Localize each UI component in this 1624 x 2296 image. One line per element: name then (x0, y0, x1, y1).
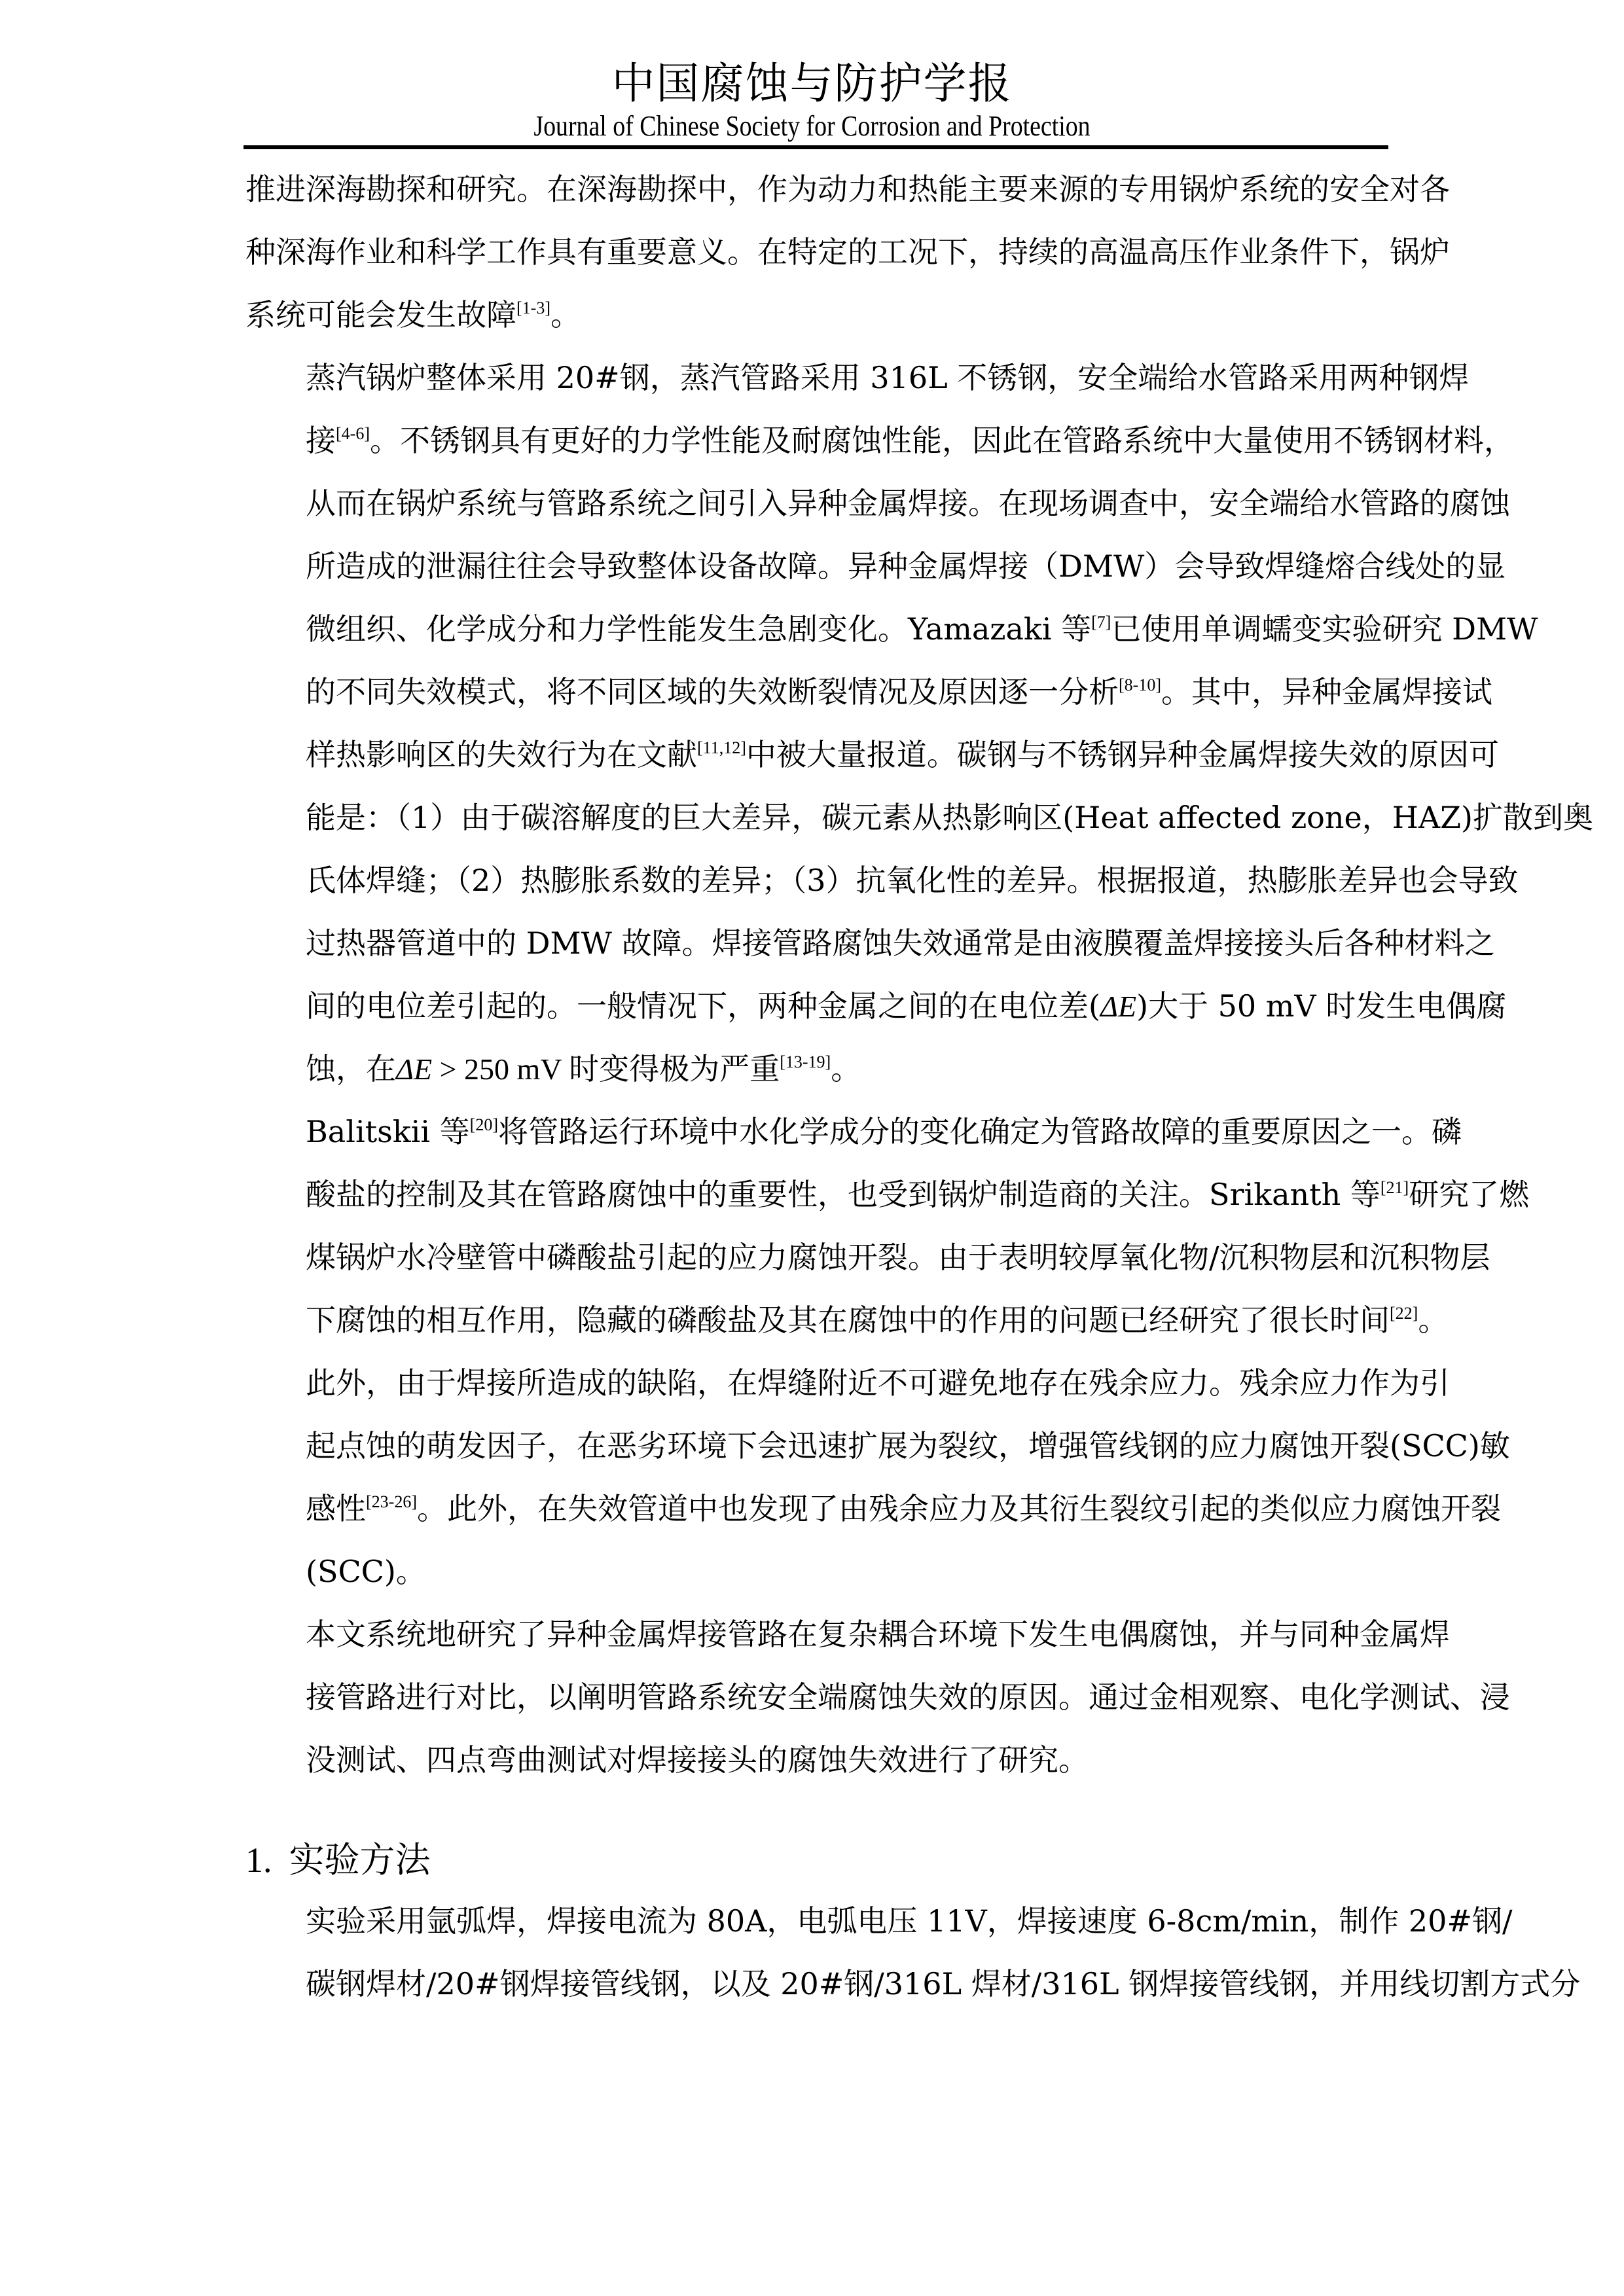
text-run: 。不锈钢具有更好的力学性能及耐腐蚀性能，因此在管路系统中大量使用不锈钢材料， (370, 423, 1514, 458)
citation-4-6[interactable]: [4-6] (336, 424, 370, 443)
header-divider (244, 145, 1388, 149)
citation-20[interactable]: [20] (470, 1115, 498, 1134)
text-line: 能是：（1）由于碳溶解度的巨大差异，碳元素从热影响区(Heat affected… (245, 786, 1388, 849)
text-line: 起点蚀的萌发因子，在恶劣环境下会迅速扩展为裂纹，增强管线钢的应力腐蚀开裂(SCC… (245, 1414, 1388, 1477)
paragraph-2: 蒸汽锅炉整体采用 20#钢，蒸汽管路采用 316L 不锈钢，安全端给水管路采用两… (245, 346, 1388, 1100)
text-line: 样热影响区的失效行为在文献[11,12]中被大量报道。碳钢与不锈钢异种金属焊接失… (245, 723, 1388, 786)
text-line: Balitskii 等[20]将管路运行环境中水化学成分的变化确定为管路故障的重… (245, 1100, 1388, 1163)
text-line: 蒸汽锅炉整体采用 20#钢，蒸汽管路采用 316L 不锈钢，安全端给水管路采用两… (245, 346, 1388, 409)
text-run: 。 (550, 297, 581, 332)
text-run: 微组织、化学成分和力学性能发生急剧变化。Yamazaki 等 (306, 611, 1091, 647)
text-line: 下腐蚀的相互作用，隐藏的磷酸盐及其在腐蚀中的作用的问题已经研究了很长时间[22]… (245, 1289, 1388, 1352)
text-run: 。其中，异种金属焊接试 (1161, 674, 1492, 709)
journal-title-cn: 中国腐蚀与防护学报 (0, 58, 1624, 110)
article-body: 推进深海勘探和研究。在深海勘探中，作为动力和热能主要来源的专用锅炉系统的安全对各… (245, 158, 1388, 2015)
journal-title-en: Journal of Chinese Society for Corrosion… (114, 109, 1511, 144)
text-line: 间的电位差引起的。一般情况下，两种金属之间的在电位差(ΔE)大于 50 mV 时… (245, 975, 1388, 1037)
text-run: 接 (306, 423, 336, 458)
text-run: 。 (831, 1051, 861, 1086)
text-run: 间的电位差引起的。一般情况下，两种金属之间的在电位差( (306, 988, 1100, 1024)
citation-11-12[interactable]: [11,12] (697, 738, 746, 757)
section-heading: 1.实验方法 (245, 1831, 1388, 1890)
text-line: 没测试、四点弯曲测试对焊接接头的腐蚀失效进行了研究。 (245, 1729, 1388, 1791)
paragraph-1: 推进深海勘探和研究。在深海勘探中，作为动力和热能主要来源的专用锅炉系统的安全对各… (245, 158, 1388, 346)
text-line: 过热器管道中的 DMW 故障。焊接管路腐蚀失效通常是由液膜覆盖焊接接头后各种材料… (245, 912, 1388, 975)
text-run: Balitskii 等 (306, 1114, 470, 1149)
text-line: 实验采用氩弧焊，焊接电流为 80A，电弧电压 11V，焊接速度 6-8cm/mi… (245, 1890, 1388, 1952)
text-line: 氏体焊缝；（2）热膨胀系数的差异；（3）抗氧化性的差异。根据报道，热膨胀差异也会… (245, 849, 1388, 912)
text-line: 本文系统地研究了异种金属焊接管路在复杂耦合环境下发生电偶腐蚀，并与同种金属焊 (245, 1603, 1388, 1666)
text-run: 系统可能会发生故障 (245, 297, 516, 332)
text-line: 系统可能会发生故障[1-3]。 (245, 283, 1388, 346)
text-run: 下腐蚀的相互作用，隐藏的磷酸盐及其在腐蚀中的作用的问题已经研究了很长时间 (306, 1302, 1390, 1338)
text-line: 的不同失效模式，将不同区域的失效断裂情况及原因逐一分析[8-10]。其中，异种金… (245, 660, 1388, 723)
citation-1-3[interactable]: [1-3] (516, 298, 550, 317)
text-line: 推进深海勘探和研究。在深海勘探中，作为动力和热能主要来源的专用锅炉系统的安全对各 (245, 158, 1388, 221)
paragraph-4: 此外，由于焊接所造成的缺陷，在焊缝附近不可避免地存在残余应力。残余应力作为引 起… (245, 1352, 1388, 1603)
text-line: 煤锅炉水冷壁管中磷酸盐引起的应力腐蚀开裂。由于表明较厚氧化物/沉积物层和沉积物层 (245, 1226, 1388, 1289)
text-run: 。此外，在失效管道中也发现了由残余应力及其衍生裂纹引起的类似应力腐蚀开裂 (417, 1491, 1501, 1526)
text-line: 酸盐的控制及其在管路腐蚀中的重要性，也受到锅炉制造商的关注。Srikanth 等… (245, 1163, 1388, 1226)
citation-8-10[interactable]: [8-10] (1119, 675, 1161, 694)
text-line: 蚀，在ΔE > 250 mV 时变得极为严重[13-19]。 (245, 1037, 1388, 1100)
text-line: 碳钢焊材/20#钢焊接管线钢，以及 20#钢/316L 焊材/316L 钢焊接管… (245, 1952, 1388, 2015)
text-run: 研究了燃 (1409, 1177, 1529, 1212)
text-line: 微组织、化学成分和力学性能发生急剧变化。Yamazaki 等[7]已使用单调蠕变… (245, 598, 1388, 660)
text-line: 所造成的泄漏往往会导致整体设备故障。异种金属焊接（DMW）会导致焊缝熔合线处的显 (245, 535, 1388, 598)
text-line: 种深海作业和科学工作具有重要意义。在特定的工况下，持续的高温高压作业条件下，锅炉 (245, 221, 1388, 283)
text-line: 此外，由于焊接所造成的缺陷，在焊缝附近不可避免地存在残余应力。残余应力作为引 (245, 1352, 1388, 1414)
paragraph-3: Balitskii 等[20]将管路运行环境中水化学成分的变化确定为管路故障的重… (245, 1100, 1388, 1352)
delta-e-symbol: ΔE (1100, 990, 1136, 1023)
citation-21[interactable]: [21] (1380, 1178, 1409, 1197)
paragraph-5: 本文系统地研究了异种金属焊接管路在复杂耦合环境下发生电偶腐蚀，并与同种金属焊 接… (245, 1603, 1388, 1791)
text-run: 酸盐的控制及其在管路腐蚀中的重要性，也受到锅炉制造商的关注。Srikanth 等 (306, 1177, 1380, 1212)
text-run: 蚀，在 (306, 1051, 396, 1086)
text-line: 接管路进行对比，以阐明管路系统安全端腐蚀失效的原因。通过金相观察、电化学测试、浸 (245, 1666, 1388, 1729)
text-line: 从而在锅炉系统与管路系统之间引入异种金属焊接。在现场调查中，安全端给水管路的腐蚀 (245, 472, 1388, 535)
section-number: 1. (245, 1840, 272, 1880)
text-line: (SCC)。 (245, 1540, 1388, 1603)
citation-7[interactable]: [7] (1091, 613, 1111, 632)
text-run: 样热影响区的失效行为在文献 (306, 737, 697, 772)
text-line: 感性[23-26]。此外，在失效管道中也发现了由残余应力及其衍生裂纹引起的类似应… (245, 1477, 1388, 1540)
section-paragraph-1: 实验采用氩弧焊，焊接电流为 80A，电弧电压 11V，焊接速度 6-8cm/mi… (245, 1890, 1388, 2015)
delta-e-symbol: ΔE (396, 1052, 432, 1086)
text-run: 将管路运行环境中水化学成分的变化确定为管路故障的重要原因之一。磷 (498, 1114, 1462, 1149)
text-run: 已使用单调蠕变实验研究 DMW (1111, 611, 1538, 647)
text-run: > 250 mV 时变得极为严重 (432, 1052, 780, 1086)
text-line: 接[4-6]。不锈钢具有更好的力学性能及耐腐蚀性能，因此在管路系统中大量使用不锈… (245, 409, 1388, 472)
text-run: 的不同失效模式，将不同区域的失效断裂情况及原因逐一分析 (306, 674, 1119, 709)
citation-22[interactable]: [22] (1390, 1304, 1418, 1323)
citation-23-26[interactable]: [23-26] (366, 1492, 417, 1511)
citation-13-19[interactable]: [13-19] (780, 1052, 831, 1071)
text-run: 感性 (306, 1491, 366, 1526)
section-title: 实验方法 (289, 1839, 431, 1880)
text-run: 中被大量报道。碳钢与不锈钢异种金属焊接失效的原因可 (746, 737, 1499, 772)
text-run: 。 (1418, 1302, 1448, 1338)
text-run: )大于 50 mV 时发生电偶腐 (1136, 988, 1506, 1024)
